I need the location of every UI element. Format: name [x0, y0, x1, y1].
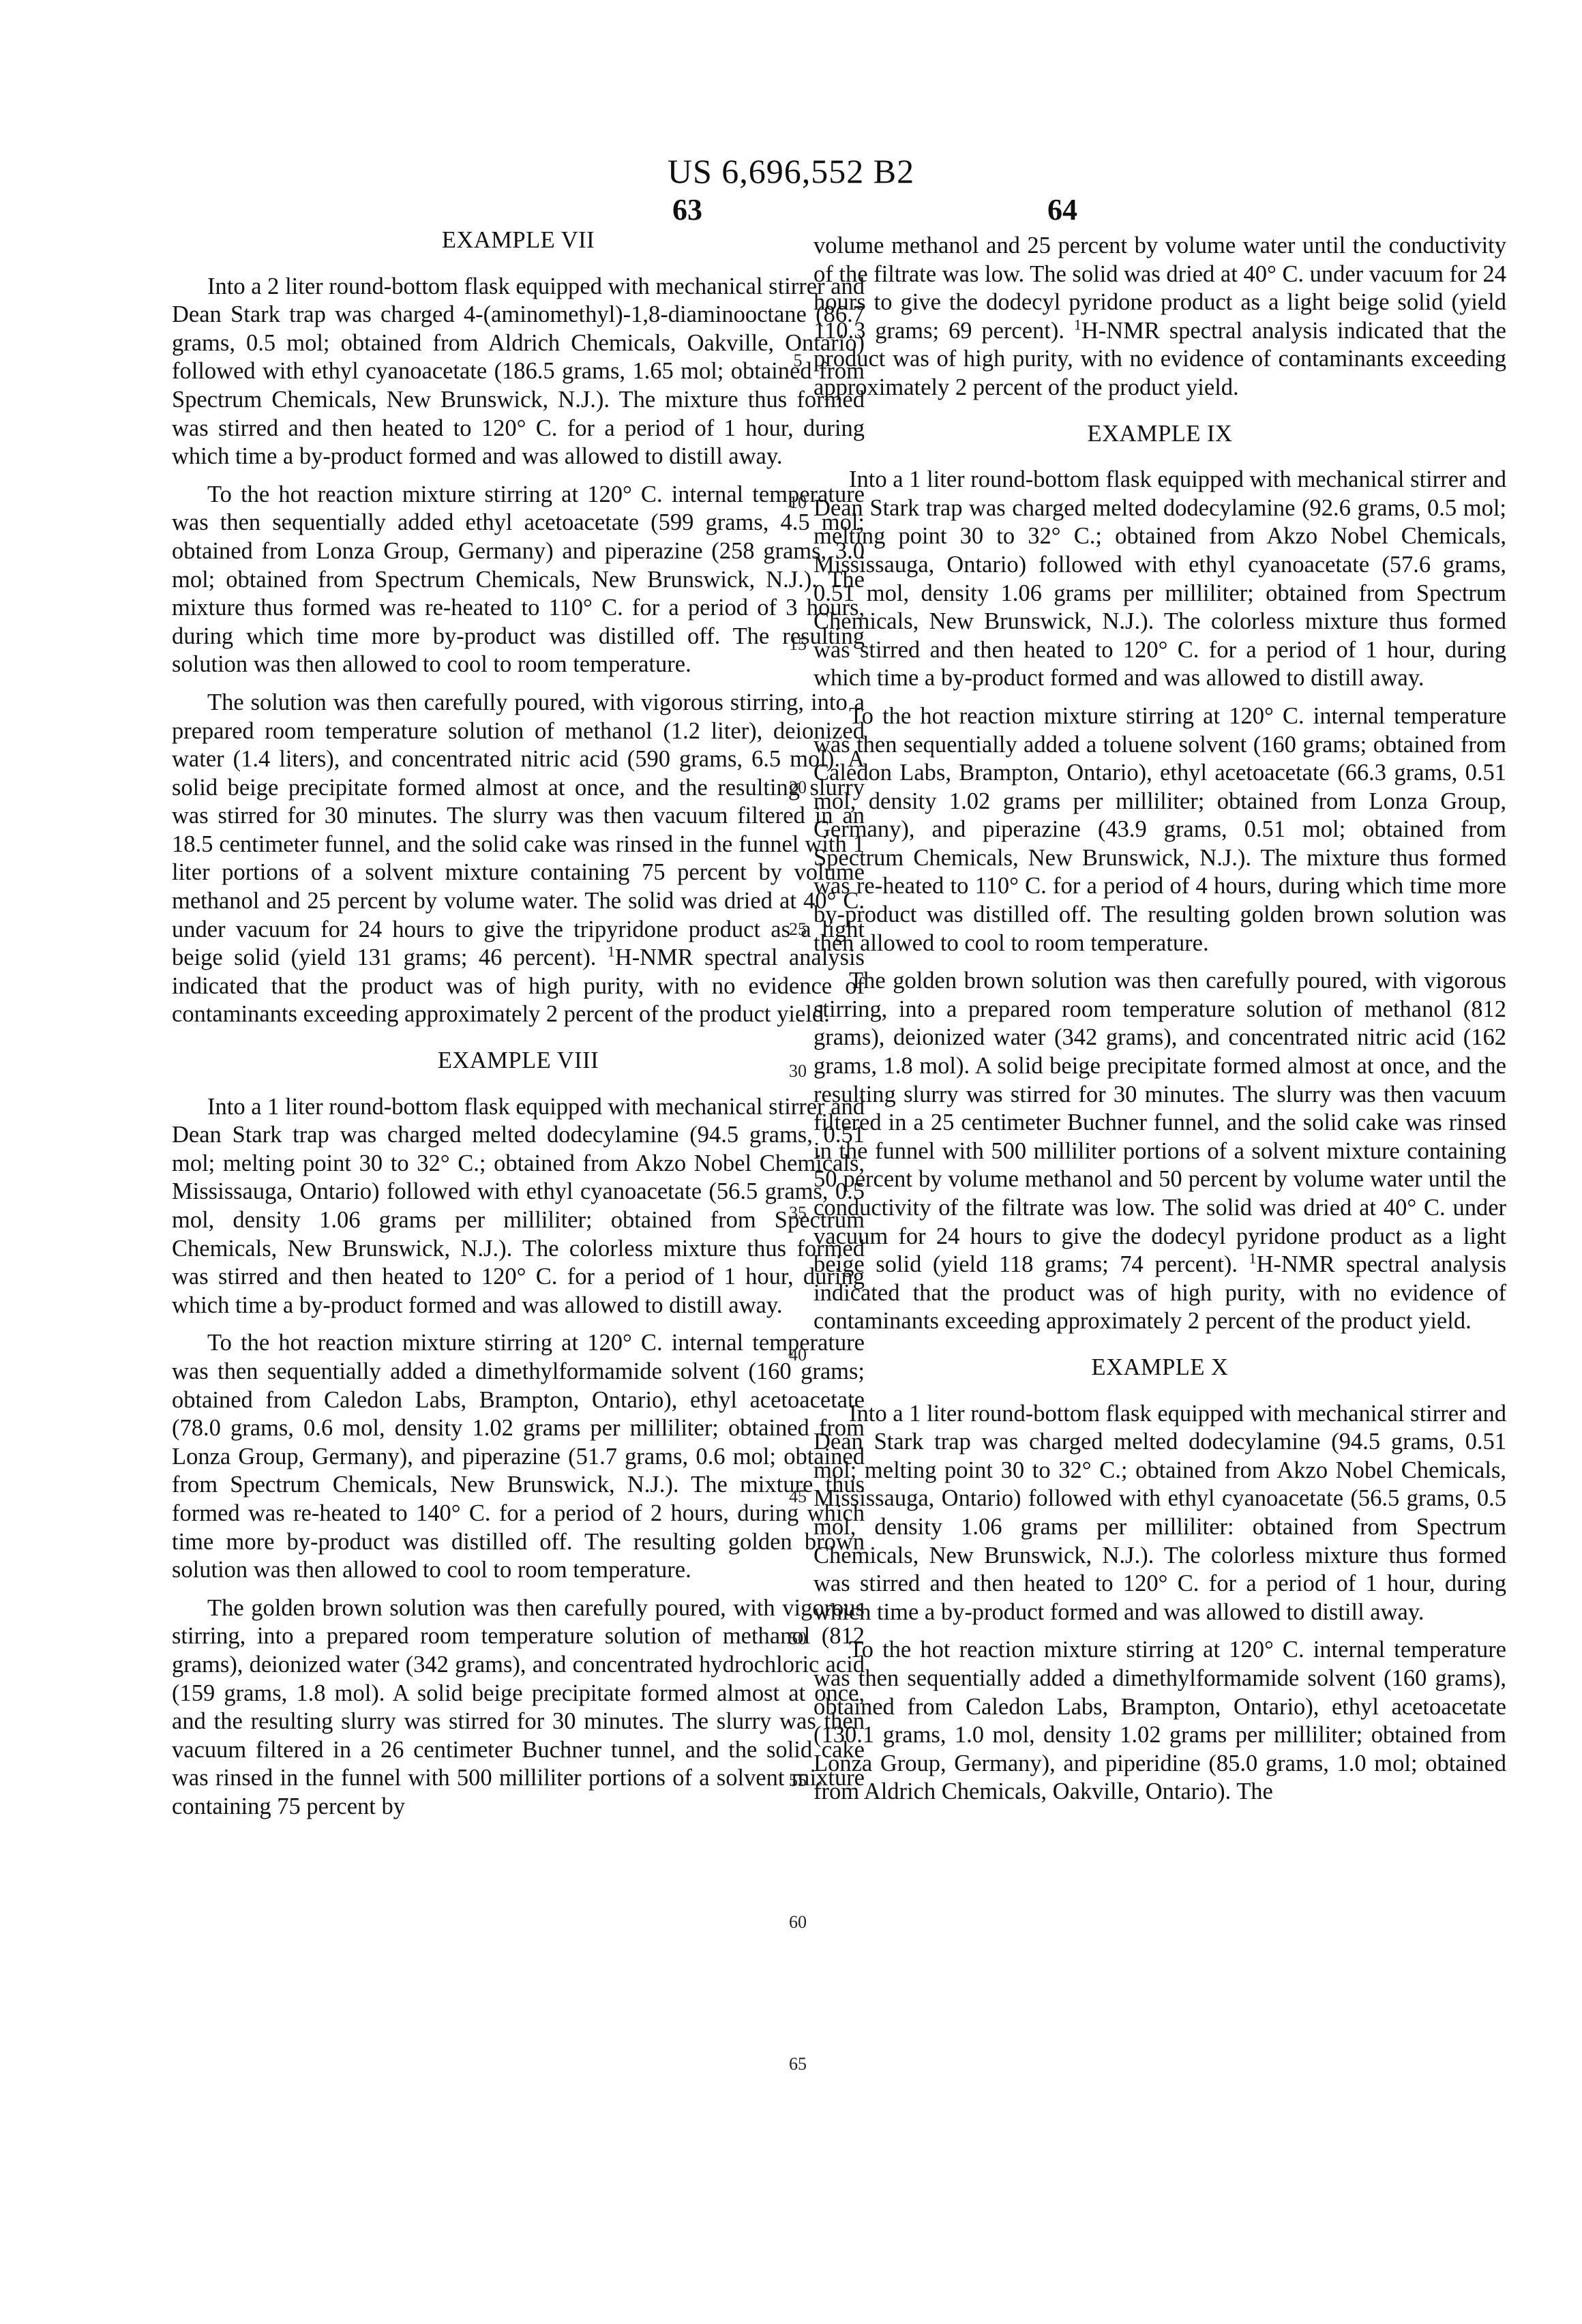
example-viii-heading: EXAMPLE VIII [172, 1047, 865, 1075]
left-column-number: 63 [619, 192, 756, 227]
line-number: 65 [783, 2054, 813, 2074]
paragraph: The golden brown solution was then caref… [172, 1594, 865, 1821]
paragraph: To the hot reaction mixture stirring at … [172, 1329, 865, 1584]
paragraph: To the hot reaction mixture stirring at … [172, 481, 865, 679]
paragraph: The solution was then carefully poured, … [172, 689, 865, 1029]
right-column-number: 64 [994, 192, 1131, 227]
example-vii-heading: EXAMPLE VII [172, 226, 865, 255]
left-column: EXAMPLE VII Into a 2 liter round-bottom … [172, 226, 865, 1830]
continued-paragraph: volume methanol and 25 percent by volume… [814, 232, 1506, 402]
paragraph: Into a 1 liter round-bottom flask equipp… [814, 1400, 1506, 1627]
superscript: 1 [1074, 316, 1081, 333]
superscript: 1 [608, 943, 615, 960]
line-number: 35 [783, 1203, 813, 1223]
patent-number: US 6,696,552 B2 [0, 151, 1582, 191]
line-number: 30 [783, 1061, 813, 1082]
line-number: 25 [783, 919, 813, 940]
line-number: 10 [783, 492, 813, 513]
paragraph: Into a 2 liter round-bottom flask equipp… [172, 273, 865, 471]
paragraph: Into a 1 liter round-bottom flask equipp… [814, 466, 1506, 693]
paragraph: Into a 1 liter round-bottom flask equipp… [172, 1093, 865, 1320]
line-number: 20 [783, 777, 813, 798]
line-number: 50 [783, 1628, 813, 1649]
line-number: 60 [783, 1912, 813, 1933]
paragraph: The golden brown solution was then caref… [814, 967, 1506, 1336]
example-ix-heading: EXAMPLE IX [814, 420, 1506, 449]
example-x-heading: EXAMPLE X [814, 1354, 1506, 1382]
line-number: 15 [783, 634, 813, 655]
superscript: 1 [1249, 1250, 1257, 1267]
line-number: 5 [783, 351, 813, 371]
right-column: volume methanol and 25 percent by volume… [814, 232, 1506, 1816]
paragraph: To the hot reaction mixture stirring at … [814, 1636, 1506, 1806]
line-number: 40 [783, 1345, 813, 1365]
line-number: 55 [783, 1770, 813, 1791]
line-number: 45 [783, 1487, 813, 1507]
paragraph: To the hot reaction mixture stirring at … [814, 702, 1506, 957]
